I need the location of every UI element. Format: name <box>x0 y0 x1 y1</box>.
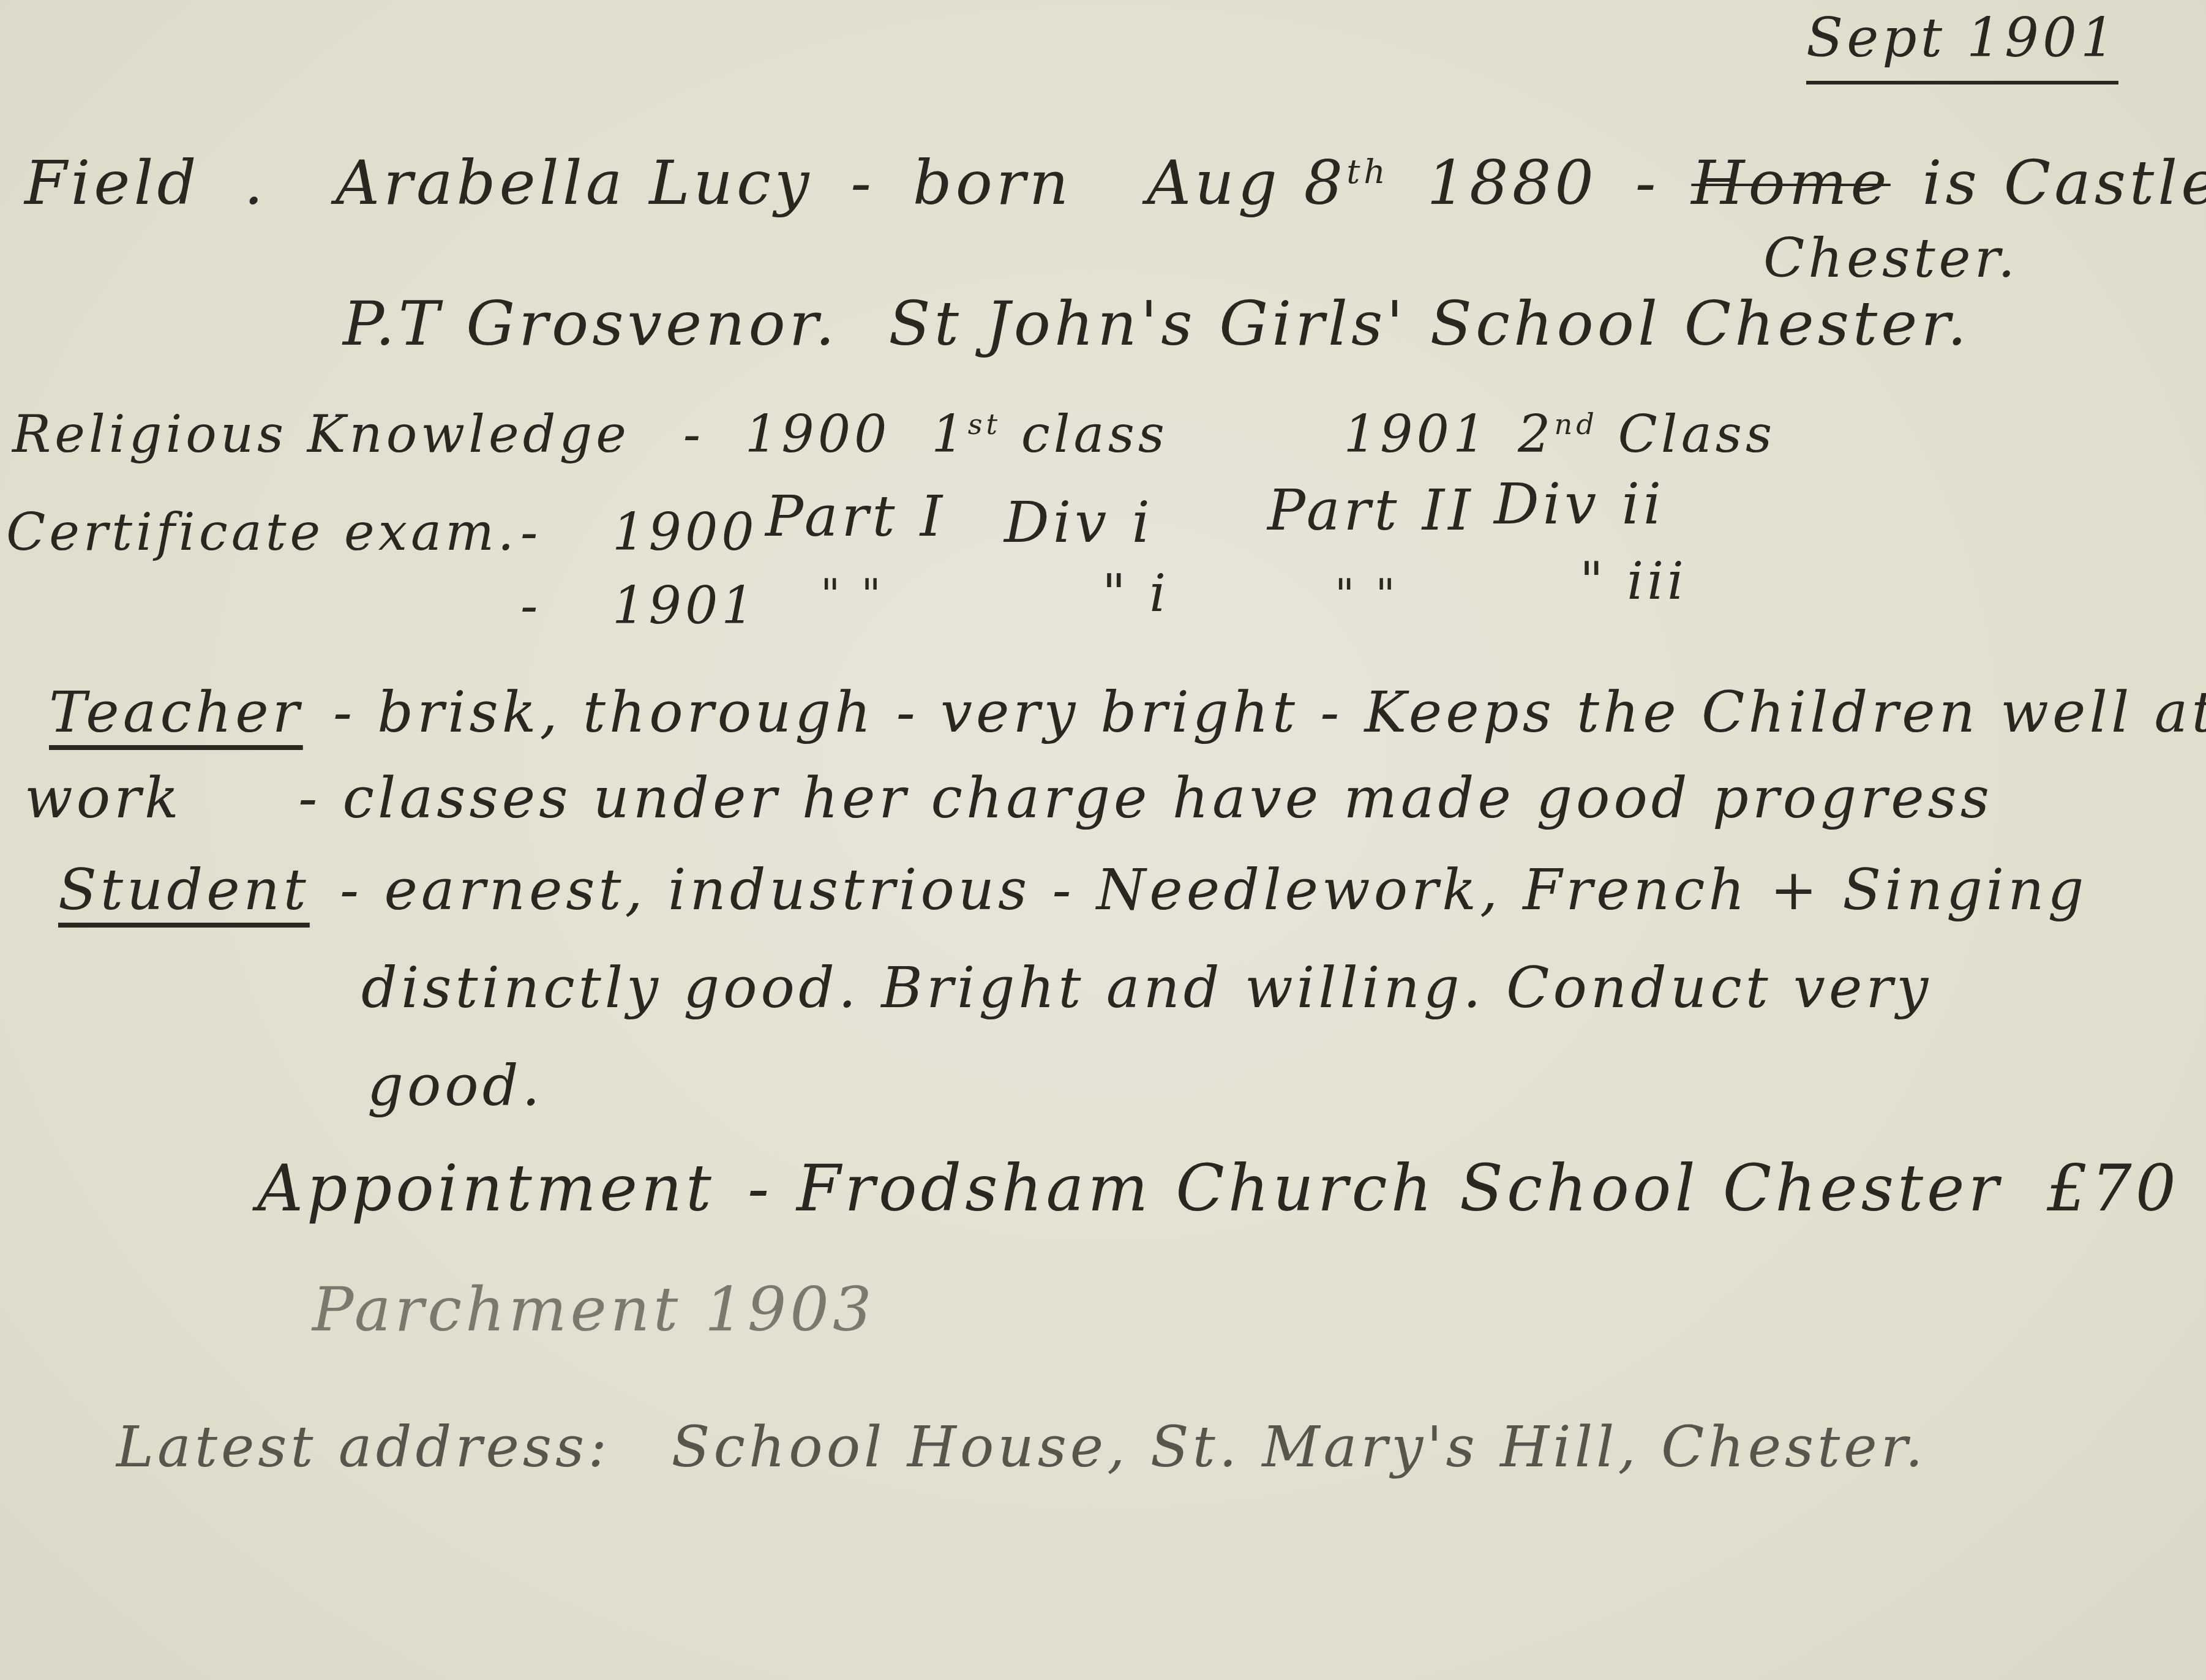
appointment-line: Appointment - Frodsham Church School Che… <box>257 1151 2180 1226</box>
appointment-salary: £70 <box>2047 1151 2180 1226</box>
certificate-exam-label: Certificate exam. <box>6 502 518 562</box>
home-address: is Castle Gr <box>1923 147 2206 219</box>
dash: - <box>520 502 541 562</box>
school-prefix: P.T Grosvenor. <box>343 288 838 359</box>
teacher-label: Teacher <box>49 680 303 745</box>
given-names: Arabella Lucy <box>336 147 813 219</box>
teacher-line-2-start: work <box>24 765 182 831</box>
rk-class-1901: 2nd Class <box>1518 404 1776 464</box>
birth-year: 1880 <box>1427 147 1597 219</box>
cert-div-2: Div ii <box>1494 471 1665 537</box>
cert-year-1900: 1900 <box>612 502 758 562</box>
cert-ditto-1: " " <box>820 569 885 620</box>
cert-year-1901: 1901 <box>612 576 758 636</box>
school-line: P.T Grosvenor. St John's Girls' School C… <box>343 288 1970 359</box>
student-label: Student <box>58 857 310 923</box>
cert-ditto-2: " " <box>1335 569 1399 620</box>
surname: Field <box>24 147 200 219</box>
dash: - <box>683 404 704 464</box>
teacher-line-1: Teacher - brisk, thorough - very bright … <box>49 680 2206 745</box>
dash: - <box>520 576 541 636</box>
rk-year-1900: 1900 <box>745 404 891 464</box>
religious-knowledge-label: Religious Knowledge <box>12 404 630 464</box>
home-city: Chester. <box>1763 227 2019 290</box>
teacher-remarks-1: - brisk, thorough - very bright - Keeps … <box>333 680 2206 745</box>
dot-separator: . <box>244 147 267 219</box>
cert-part-1: Part I <box>765 484 946 549</box>
document-page: Sept 1901 Field . Arabella Lucy - born A… <box>0 0 2206 1680</box>
parchment-note: Parchment 1903 <box>312 1273 876 1345</box>
cert-div-1: Div i <box>1004 490 1154 555</box>
student-remarks-1: - earnest, industrious - Needlework, Fre… <box>340 857 2087 923</box>
cert-div-row2-1: " i <box>1102 563 1169 623</box>
name-line: Field . Arabella Lucy - born Aug 8th 188… <box>24 147 2206 219</box>
birth-date: Aug 8th <box>1147 147 1389 219</box>
cert-part-2: Part II <box>1267 478 1474 543</box>
rk-class-1900: 1st class <box>931 404 1168 464</box>
born-label: born <box>913 147 1072 219</box>
appointment-school: - Frodsham Church School Chester <box>748 1151 2002 1226</box>
cert-div-row2-2: " iii <box>1580 551 1687 611</box>
teacher-line-2: work - classes under her charge have mad… <box>24 765 1993 831</box>
student-line-1: Student - earnest, industrious - Needlew… <box>58 857 2087 923</box>
dash: - <box>1635 147 1660 219</box>
appointment-label: Appointment <box>257 1151 715 1226</box>
latest-address-line: Latest address: School House, St. Mary's… <box>116 1414 1927 1480</box>
religious-knowledge-line: Religious Knowledge - 1900 1st class 190… <box>12 404 1776 464</box>
student-remarks-3: good. <box>367 1053 544 1119</box>
home-struck: Home <box>1691 147 1890 219</box>
latest-address-value: School House, St. Mary's Hill, Chester. <box>672 1414 1927 1480</box>
latest-address-label: Latest address: <box>116 1414 610 1480</box>
student-remarks-2: distinctly good. Bright and willing. Con… <box>361 955 1932 1021</box>
rk-year-1901: 1901 <box>1344 404 1490 464</box>
date-header: Sept 1901 <box>1806 6 2118 69</box>
school-name: St John's Girls' School Chester. <box>888 288 1970 359</box>
dash: - <box>850 147 875 219</box>
teacher-remarks-2: - classes under her charge have made goo… <box>298 765 1993 831</box>
